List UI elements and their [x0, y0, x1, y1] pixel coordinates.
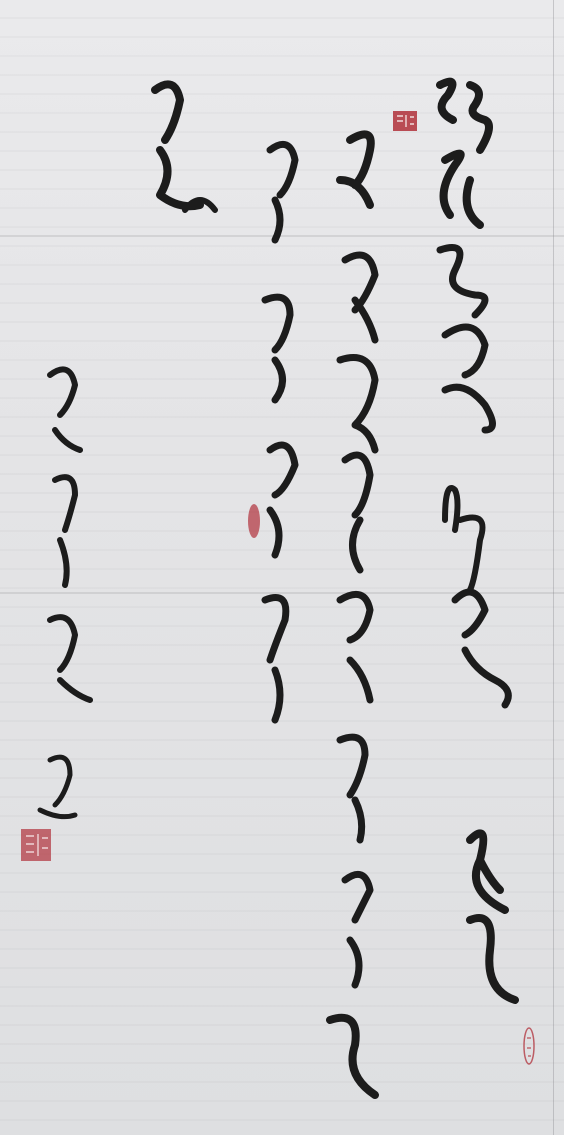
- seal-oval-middle: [246, 502, 262, 540]
- seal-square-signature: [20, 828, 52, 862]
- seal-square-upper: [392, 110, 418, 132]
- calligraphy-strokes: [0, 0, 564, 1135]
- calligraphy-paper: [0, 0, 564, 1135]
- seal-oval-lower: [522, 1026, 536, 1066]
